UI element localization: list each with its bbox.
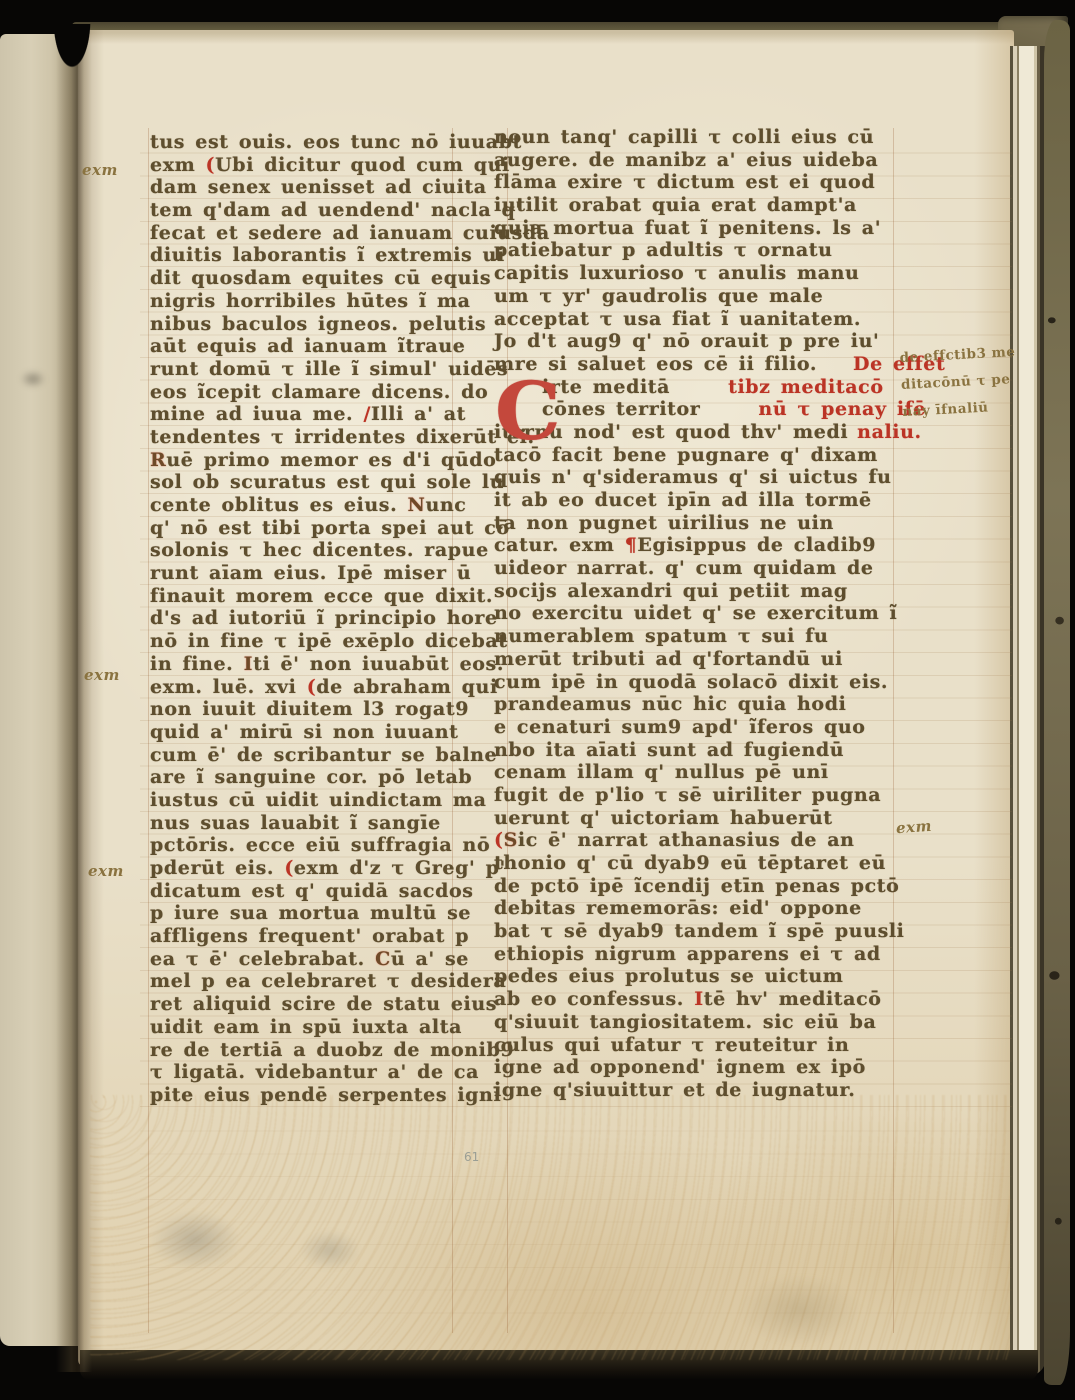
text-line: pderūt eis. (exm d'z τ Greg' p'	[150, 857, 518, 880]
text-line: socijs alexandri qui petiit mag	[494, 580, 894, 603]
text-segment: mel p ea celebraret τ desidera	[150, 970, 506, 992]
text-line: prandeamus nūc hic quia hodi	[494, 693, 894, 716]
text-segment: pctōris. ecce eiū suffragia nō	[150, 834, 490, 856]
text-segment: R	[150, 449, 166, 471]
text-segment: uideor narrat. q' cum quidam de	[494, 557, 874, 579]
text-segment: fugit de p'lio τ sē uiriliter pugna	[494, 784, 881, 806]
text-line: pite eius pendē serpentes ignī	[150, 1084, 518, 1107]
text-line: nibus baculos igneos. pelutis	[150, 313, 518, 336]
text-line: Jo d't aug9 q' nō orauit p pre iu'	[494, 330, 894, 353]
text-segment: ti ē' non iuuabūt eos.	[253, 653, 504, 675]
text-line: ethiopis nigrum apparens ei τ ad	[494, 943, 894, 966]
text-segment: nibus baculos igneos. pelutis	[150, 313, 486, 335]
text-line: debitas rememorās: eid' oppone	[494, 897, 894, 920]
text-segment: catur. exm	[494, 534, 625, 556]
text-segment: ¶	[625, 534, 638, 556]
text-line: flāma exire τ dictum est ei quod	[494, 171, 894, 194]
text-segment: nū τ penay ifē	[700, 398, 926, 420]
text-line: culus qui ufatur τ reuteitur in	[494, 1034, 894, 1057]
text-line: cente oblitus es eius. Nunc	[150, 494, 518, 517]
text-line: τ ligatā. videbantur a' de ca	[150, 1061, 518, 1084]
text-segment: I	[244, 653, 254, 675]
text-line: fugit de p'lio τ sē uiriliter pugna	[494, 784, 894, 807]
text-segment: (	[307, 676, 317, 698]
text-segment: pite eius pendē serpentes ignī	[150, 1084, 501, 1106]
text-segment: unc	[425, 494, 466, 516]
text-line: mine ad iuua me. /Illi a' at	[150, 403, 518, 426]
text-line: numerablem spatum τ sui fu	[494, 625, 894, 648]
text-segment: nigris horribiles hūtes ĩ ma	[150, 290, 471, 312]
text-line: p iure sua mortua multū se	[150, 902, 518, 925]
text-line: uidit eam in spū iuxta alta	[150, 1016, 518, 1039]
text-segment: cenam illam q' nullus pē unī	[494, 761, 829, 783]
text-line: runt aīam eius. Ipē miser ū	[150, 562, 518, 585]
text-line: ta non pugnet uirilius ne uin	[494, 512, 894, 535]
text-segment: ic ē' narrat athanasius de an	[518, 829, 855, 851]
text-segment: dit quosdam equites cū equis	[150, 267, 491, 289]
text-segment: socijs alexandri qui petiit mag	[494, 580, 848, 602]
text-segment: τ ligatā. videbantur a' de ca	[150, 1061, 479, 1083]
text-line: (Sic ē' narrat athanasius de an	[494, 829, 894, 852]
text-segment: numerablem spatum τ sui fu	[494, 625, 828, 647]
text-segment: diuitis laborantis ĩ extremis ui	[150, 244, 505, 266]
text-line: bat τ sē dyab9 tandem ĩ spē puusli	[494, 920, 894, 943]
text-segment: quis n' q'sideramus q' si uictus fu	[494, 466, 892, 488]
text-line: catur. exm ¶Egisippus de cladib9	[494, 534, 894, 557]
text-line: um τ yr' gaudrolis que male	[494, 285, 894, 308]
text-segment: re de tertiā a duobz de monib9	[150, 1039, 514, 1061]
text-line: igne ad opponend' ignem ex ipō	[494, 1056, 894, 1079]
text-segment: affligens frequent' orabat p	[150, 925, 469, 947]
text-line: it ab eo ducet ipīn ad illa tormē	[494, 489, 894, 512]
text-segment: runt domū τ ille ĩ simul' uidēs	[150, 358, 508, 380]
rubricated-initial: C	[495, 372, 561, 450]
text-segment: cōnes territor	[542, 398, 700, 420]
text-line: Ruē primo memor es d'i qūdo	[150, 449, 518, 472]
text-line: patiebatur p adultis τ ornatu	[494, 239, 894, 262]
manuscript-photo: tus est ouis. eos tunc nō iuuabt'exm (Ub…	[0, 0, 1075, 1400]
gutter-notch	[50, 24, 94, 76]
text-line: pedes eius prolutus se uictum	[494, 965, 894, 988]
text-segment: de abraham qui	[316, 676, 497, 698]
text-line: solonis τ hec dicentes. rapue	[150, 539, 518, 562]
text-segment: eos ĩcepit clamare dicens. do	[150, 381, 488, 403]
text-segment: solonis τ hec dicentes. rapue	[150, 539, 489, 561]
text-line: pctōris. ecce eiū suffragia nō	[150, 834, 518, 857]
text-segment: cum ipē in quodā solacō dixit eis.	[494, 671, 888, 693]
text-segment: Egisippus de cladib9	[637, 534, 876, 556]
text-line: exm (Ubi dicitur quod cum qui	[150, 154, 518, 177]
stain	[20, 370, 46, 388]
text-segment: tus est ouis. eos tunc nō iuuabt'	[150, 131, 528, 153]
margin-gloss: de effctib3 me ditacōnū τ pe nay īfnaliū	[899, 339, 1019, 426]
text-segment: culus qui ufatur τ reuteitur in	[494, 1034, 849, 1056]
text-line: re de tertiā a duobz de monib9	[150, 1039, 518, 1062]
text-segment: d's ad iutoriū ĩ principio hore	[150, 607, 498, 629]
text-segment: quid a' mirū si non iuuant	[150, 721, 459, 743]
text-segment: acceptat τ usa fiat ĩ uanitatem.	[494, 308, 861, 330]
text-segment: q'siuuit tangiositatem. sic eiū ba	[494, 1011, 876, 1033]
text-line: ea τ ē' celebrabat. Cū a' se	[150, 948, 518, 971]
text-segment: fecat et sedere ad ianuam cuiusdā	[150, 222, 550, 244]
text-line: noun tanq' capilli τ colli eius cū	[494, 126, 894, 149]
text-segment: Jo d't aug9 q' nō orauit p pre iu'	[494, 330, 879, 352]
text-segment: (	[284, 857, 294, 879]
text-segment: uē primo memor es d'i qūdo	[166, 449, 496, 471]
text-line: aūt equis ad ianuam ĩtraue	[150, 335, 518, 358]
text-segment: tē hv' meditacō	[704, 988, 882, 1010]
text-line: dam senex uenisset ad ciuita	[150, 176, 518, 199]
text-line: finauit morem ecce que dixit.	[150, 585, 518, 608]
binding-cover-edge	[1044, 20, 1070, 1385]
text-line: tendentes τ irridentes dixerūt ei.	[150, 426, 518, 449]
page-stack-edge	[1010, 46, 1046, 1376]
text-line: in fine. Iti ē' non iuuabūt eos.	[150, 653, 518, 676]
text-line: quis n' q'sideramus q' si uictus fu	[494, 466, 894, 489]
text-line: augere. de manibz a' eius uideba	[494, 149, 894, 172]
text-line: nigris horribiles hūtes ĩ ma	[150, 290, 518, 313]
text-line: nbo ita aīati sunt ad fugiendū	[494, 739, 894, 762]
text-segment: nbo ita aīati sunt ad fugiendū	[494, 739, 844, 761]
text-line: runt domū τ ille ĩ simul' uidēs	[150, 358, 518, 381]
text-line: fecat et sedere ad ianuam cuiusdā	[150, 222, 518, 245]
text-line: quid a' mirū si non iuuant	[150, 721, 518, 744]
text-segment: non iuuit diuitem l3 rogat9	[150, 698, 469, 720]
text-segment: merūt tributi ad q'fortandū ui	[494, 648, 843, 670]
text-line: cum ē' de scribantur se balne	[150, 744, 518, 767]
text-line: dicatum est q' quidā sacdos	[150, 880, 518, 903]
text-segment: (	[494, 829, 504, 851]
text-segment: tendentes τ irridentes dixerūt ei.	[150, 426, 535, 448]
text-line: iutilit orabat quia erat dampt'a	[494, 194, 894, 217]
text-segment: are ĩ sanguine cor. pō letab	[150, 766, 472, 788]
ruling-lines-lower	[140, 1109, 1012, 1334]
text-segment: patiebatur p adultis τ ornatu	[494, 239, 833, 261]
text-line: quia mortua fuat ĩ penitens. ls a'	[494, 217, 894, 240]
text-line: ab eo confessus. Itē hv' meditacō	[494, 988, 894, 1011]
text-segment: ea τ ē' celebrabat.	[150, 948, 375, 970]
text-segment: q' nō est tibi porta spei aut cō	[150, 517, 510, 539]
text-segment: igne ad opponend' ignem ex ipō	[494, 1056, 866, 1078]
text-line: tus est ouis. eos tunc nō iuuabt'	[150, 131, 518, 154]
text-segment: flāma exire τ dictum est ei quod	[494, 171, 875, 193]
gutter-shadow	[56, 28, 92, 1372]
text-line: dit quosdam equites cū equis	[150, 267, 518, 290]
text-segment: igne q'siuuittur et de iugnatur.	[494, 1079, 855, 1101]
text-segment: finauit morem ecce que dixit.	[150, 585, 493, 607]
text-segment: uerunt q' uictoriam habuerūt	[494, 807, 833, 829]
text-column-left: tus est ouis. eos tunc nō iuuabt'exm (Ub…	[150, 131, 518, 1107]
text-segment: I	[694, 988, 704, 1010]
text-line: capitis luxurioso τ anulis manu	[494, 262, 894, 285]
text-segment: iutilit orabat quia erat dampt'a	[494, 194, 857, 216]
text-line: uideor narrat. q' cum quidam de	[494, 557, 894, 580]
text-segment: aūt equis ad ianuam ĩtraue	[150, 335, 465, 357]
text-line: igne q'siuuittur et de iugnatur.	[494, 1079, 894, 1102]
text-segment: ū a' se	[391, 948, 469, 970]
text-segment: nus suas lauabit ĩ sangīe	[150, 812, 441, 834]
text-line: thonio q' cū dyab9 eū tēptaret eū	[494, 852, 894, 875]
text-segment: p iure sua mortua multū se	[150, 902, 471, 924]
text-segment: dicatum est q' quidā sacdos	[150, 880, 474, 902]
text-segment: mine ad iuua me.	[150, 403, 363, 425]
text-segment: Ubi dicitur quod cum qui	[215, 154, 510, 176]
text-segment: ab eo confessus.	[494, 988, 694, 1010]
text-line: e cenaturi sum9 apd' ĩferos quo	[494, 716, 894, 739]
text-segment: pedes eius prolutus se uictum	[494, 965, 844, 987]
text-segment: runt aīam eius. Ipē miser ū	[150, 562, 471, 584]
text-segment: tibz meditacō	[670, 376, 884, 398]
text-line: affligens frequent' orabat p	[150, 925, 518, 948]
text-line: tem q'dam ad uendend' nacla q'	[150, 199, 518, 222]
text-line: q'siuuit tangiositatem. sic eiū ba	[494, 1011, 894, 1034]
pencil-folio-number: 61	[464, 1150, 479, 1164]
text-segment: uidit eam in spū iuxta alta	[150, 1016, 462, 1038]
text-segment: thonio q' cū dyab9 eū tēptaret eū	[494, 852, 886, 874]
margin-note-exemplum: exm	[88, 862, 124, 880]
margin-note-exemplum: exm	[84, 666, 120, 684]
text-segment: it ab eo ducet ipīn ad illa tormē	[494, 489, 872, 511]
text-segment: augere. de manibz a' eius uideba	[494, 149, 878, 171]
text-line: eos ĩcepit clamare dicens. do	[150, 381, 518, 404]
text-line: cenam illam q' nullus pē unī	[494, 761, 894, 784]
margin-note-exemplum: exm	[82, 161, 118, 179]
text-segment: noun tanq' capilli τ colli eius cū	[494, 126, 874, 148]
text-segment: tem q'dam ad uendend' nacla q'	[150, 199, 522, 221]
margin-note-exemplum: exm	[895, 817, 932, 837]
text-segment: pderūt eis.	[150, 857, 284, 879]
text-segment: cente oblitus es eius.	[150, 494, 408, 516]
text-line: nō in fine τ ipē exēplo dicebat	[150, 630, 518, 653]
text-segment: cum ē' de scribantur se balne	[150, 744, 497, 766]
text-segment: quia mortua fuat ĩ penitens. ls a'	[494, 217, 881, 239]
text-segment: S	[504, 829, 518, 851]
text-line: cum ipē in quodā solacō dixit eis.	[494, 671, 894, 694]
text-segment: ethiopis nigrum apparens ei τ ad	[494, 943, 881, 965]
text-segment: sol ob scuratus est qui sole lu	[150, 471, 504, 493]
text-line: acceptat τ usa fiat ĩ uanitatem.	[494, 308, 894, 331]
text-line: de pctō ipē ĩcendij etīn penas pctō	[494, 875, 894, 898]
text-segment: prandeamus nūc hic quia hodi	[494, 693, 846, 715]
text-column-right: noun tanq' capilli τ colli eius cūaugere…	[494, 126, 894, 1102]
text-segment: irte meditā	[542, 376, 670, 398]
text-line: merūt tributi ad q'fortandū ui	[494, 648, 894, 671]
text-line: sol ob scuratus est qui sole lu	[150, 471, 518, 494]
ruling-vertical	[148, 128, 149, 1333]
text-line: non iuuit diuitem l3 rogat9	[150, 698, 518, 721]
text-segment: Illi a' at	[371, 403, 466, 425]
text-line: ret aliquid scire de statu eius	[150, 993, 518, 1016]
text-segment: exm d'z τ Greg' p'	[294, 857, 506, 879]
text-line: exm. luē. xvi (de abraham qui	[150, 676, 518, 699]
text-line: iustus cū uidit uindictam ma	[150, 789, 518, 812]
text-segment: bat τ sē dyab9 tandem ĩ spē puusli	[494, 920, 905, 942]
text-segment: de pctō ipē ĩcendij etīn penas pctō	[494, 875, 899, 897]
text-segment: debitas rememorās: eid' oppone	[494, 897, 862, 919]
text-segment: exm. luē. xvi	[150, 676, 307, 698]
text-line: uerunt q' uictoriam habuerūt	[494, 807, 894, 830]
text-line: no exercitu uidet q' se exercitum ĩ	[494, 602, 894, 625]
text-segment: ta non pugnet uirilius ne uin	[494, 512, 834, 534]
text-segment: dam senex uenisset ad ciuita	[150, 176, 487, 198]
text-segment: e cenaturi sum9 apd' ĩferos quo	[494, 716, 866, 738]
text-line: q' nō est tibi porta spei aut cō	[150, 517, 518, 540]
text-line: mel p ea celebraret τ desidera	[150, 970, 518, 993]
text-segment: ret aliquid scire de statu eius	[150, 993, 497, 1015]
text-segment: in fine.	[150, 653, 244, 675]
text-segment: /	[363, 403, 371, 425]
text-segment: (	[206, 154, 216, 176]
text-line: are ĩ sanguine cor. pō letab	[150, 766, 518, 789]
text-segment: N	[408, 494, 426, 516]
text-segment: um τ yr' gaudrolis que male	[494, 285, 823, 307]
text-segment: exm	[150, 154, 206, 176]
text-segment: iustus cū uidit uindictam ma	[150, 789, 487, 811]
text-line: nus suas lauabit ĩ sangīe	[150, 812, 518, 835]
text-segment: capitis luxurioso τ anulis manu	[494, 262, 859, 284]
text-segment: nō in fine τ ipē exēplo dicebat	[150, 630, 508, 652]
text-line: d's ad iutoriū ĩ principio hore	[150, 607, 518, 630]
text-segment: no exercitu uidet q' se exercitum ĩ	[494, 602, 897, 624]
text-segment: C	[375, 948, 391, 970]
text-line: diuitis laborantis ĩ extremis ui	[150, 244, 518, 267]
